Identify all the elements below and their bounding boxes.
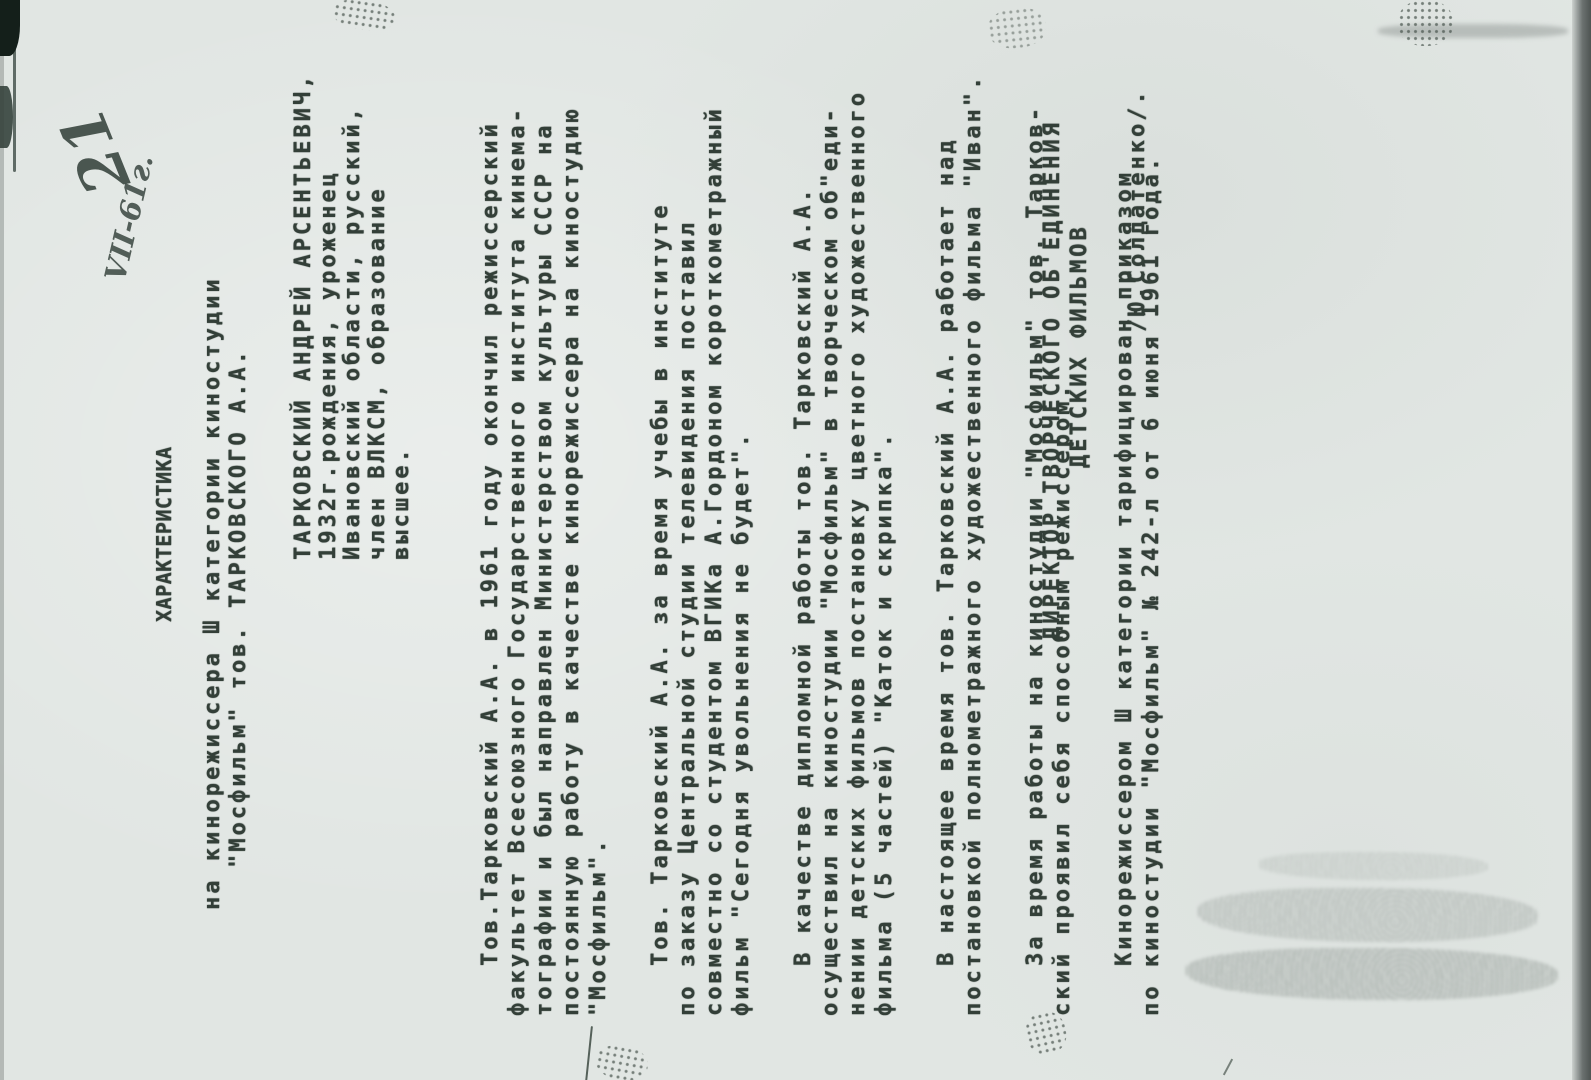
signature-name: /Ю.Солдатенко/. <box>1125 88 1150 332</box>
document-subtitle-line1: на кинорежиссера Ш категории киностудии <box>200 276 225 910</box>
document-body: Тов.Тарковский А.А. в 1961 году окончил … <box>450 21 1200 1016</box>
paragraph-student-film: Тов. Тарковский А.А. за время учебы в ин… <box>647 21 755 1016</box>
subject-name-block: ТАРКОВСКИЙ АНДРЕЙ АРСЕНТЬЕВИЧ, 1932г.рож… <box>292 73 415 560</box>
paragraph-diploma-film: В качестве дипломной работы тов. Тарковс… <box>790 21 898 1016</box>
document-subtitle-line2: "Мосфильм" тов. ТАРКОВСКОГО А.А. <box>226 348 251 868</box>
scanned-document: 21 VII-61г. ХАРАКТЕРИСТИКА на кинорежисс… <box>0 0 1591 1080</box>
paragraph-education: Тов.Тарковский А.А. в 1961 году окончил … <box>477 21 612 1016</box>
document-title: ХАРАКТЕРИСТИКА <box>152 446 176 622</box>
paragraph-current-work: В настоящее время тов. Тарковский А.А. р… <box>933 21 987 1016</box>
signature-title-line2: ДЕТСКИХ ФИЛЬМОВ <box>1067 224 1092 468</box>
signature-title-line1: ДИРЕКТОР ТВОРЧЕСКОГО ОБ'ЕДИНЕНИЯ <box>1040 120 1065 640</box>
document-page: 21 VII-61г. ХАРАКТЕРИСТИКА на кинорежисс… <box>0 0 1591 1080</box>
